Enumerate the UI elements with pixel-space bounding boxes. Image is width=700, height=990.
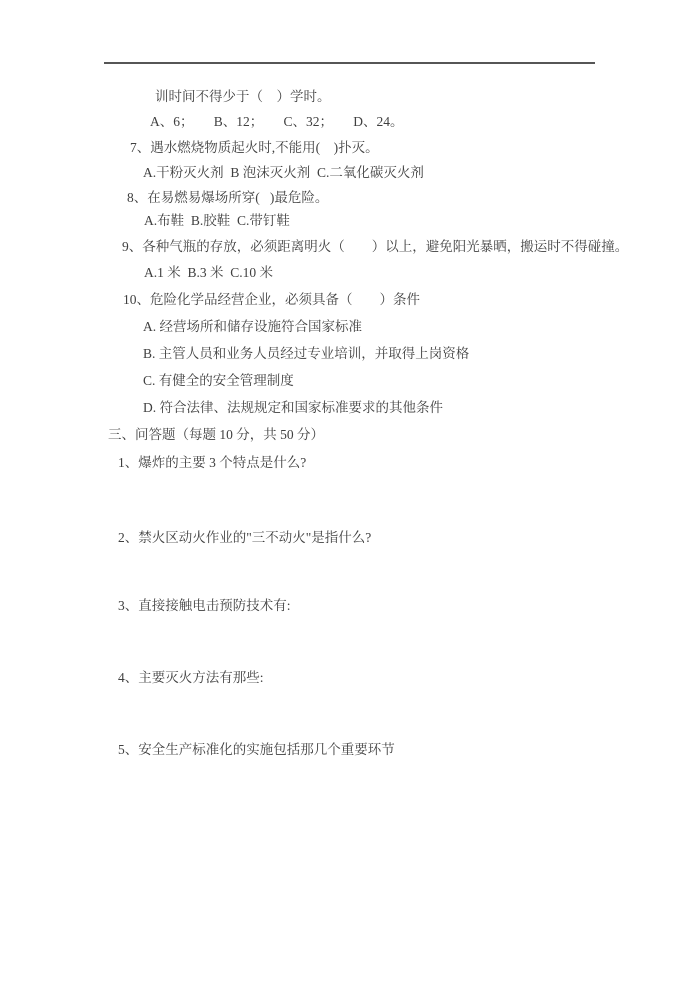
essay-question-5: 5、安全生产标准化的实施包括那几个重要环节 — [118, 741, 395, 758]
essay-question-3: 3、直接接触电击预防技术有: — [118, 597, 291, 614]
essay-question-4: 4、主要灭火方法有那些: — [118, 669, 264, 686]
question-10-option-b: B. 主管人员和业务人员经过专业培训，并取得上岗资格 — [143, 345, 469, 362]
question-7: 7、遇水燃烧物质起火时,不能用( )扑灭。 — [130, 139, 379, 156]
question-9: 9、各种气瓶的存放，必须距离明火（ ）以上，避免阳光暴晒，搬运时不得碰撞。 — [122, 238, 628, 255]
question-10-option-c: C. 有健全的安全管理制度 — [143, 372, 294, 389]
question-10: 10、危险化学品经营企业，必须具备（ ）条件 — [123, 291, 420, 308]
question-10-option-d: D. 符合法律、法规规定和国家标准要求的其他条件 — [143, 399, 443, 416]
question-6-options: A、6； B、12； C、32； D、24。 — [150, 113, 404, 130]
question-6-continuation: 训时间不得少于（ ）学时。 — [155, 88, 331, 105]
question-9-options: A.1 米 B.3 米 C.10 米 — [144, 264, 273, 281]
question-8-options: A.布鞋 B.胶鞋 C.带钉鞋 — [144, 212, 290, 229]
question-8: 8、在易燃易爆场所穿( )最危险。 — [127, 189, 328, 206]
exam-paper-page: 训时间不得少于（ ）学时。 A、6； B、12； C、32； D、24。 7、遇… — [0, 0, 700, 990]
question-10-option-a: A. 经营场所和储存设施符合国家标准 — [143, 318, 362, 335]
question-7-options: A.干粉灭火剂 B 泡沫灭火剂 C.二氧化碳灭火剂 — [143, 164, 424, 181]
section-heading: 三、问答题（每题 10 分，共 50 分） — [108, 426, 324, 443]
essay-question-1: 1、爆炸的主要 3 个特点是什么? — [118, 454, 306, 471]
essay-question-2: 2、禁火区动火作业的"三不动火"是指什么? — [118, 529, 371, 546]
header-rule-divider — [104, 62, 595, 64]
